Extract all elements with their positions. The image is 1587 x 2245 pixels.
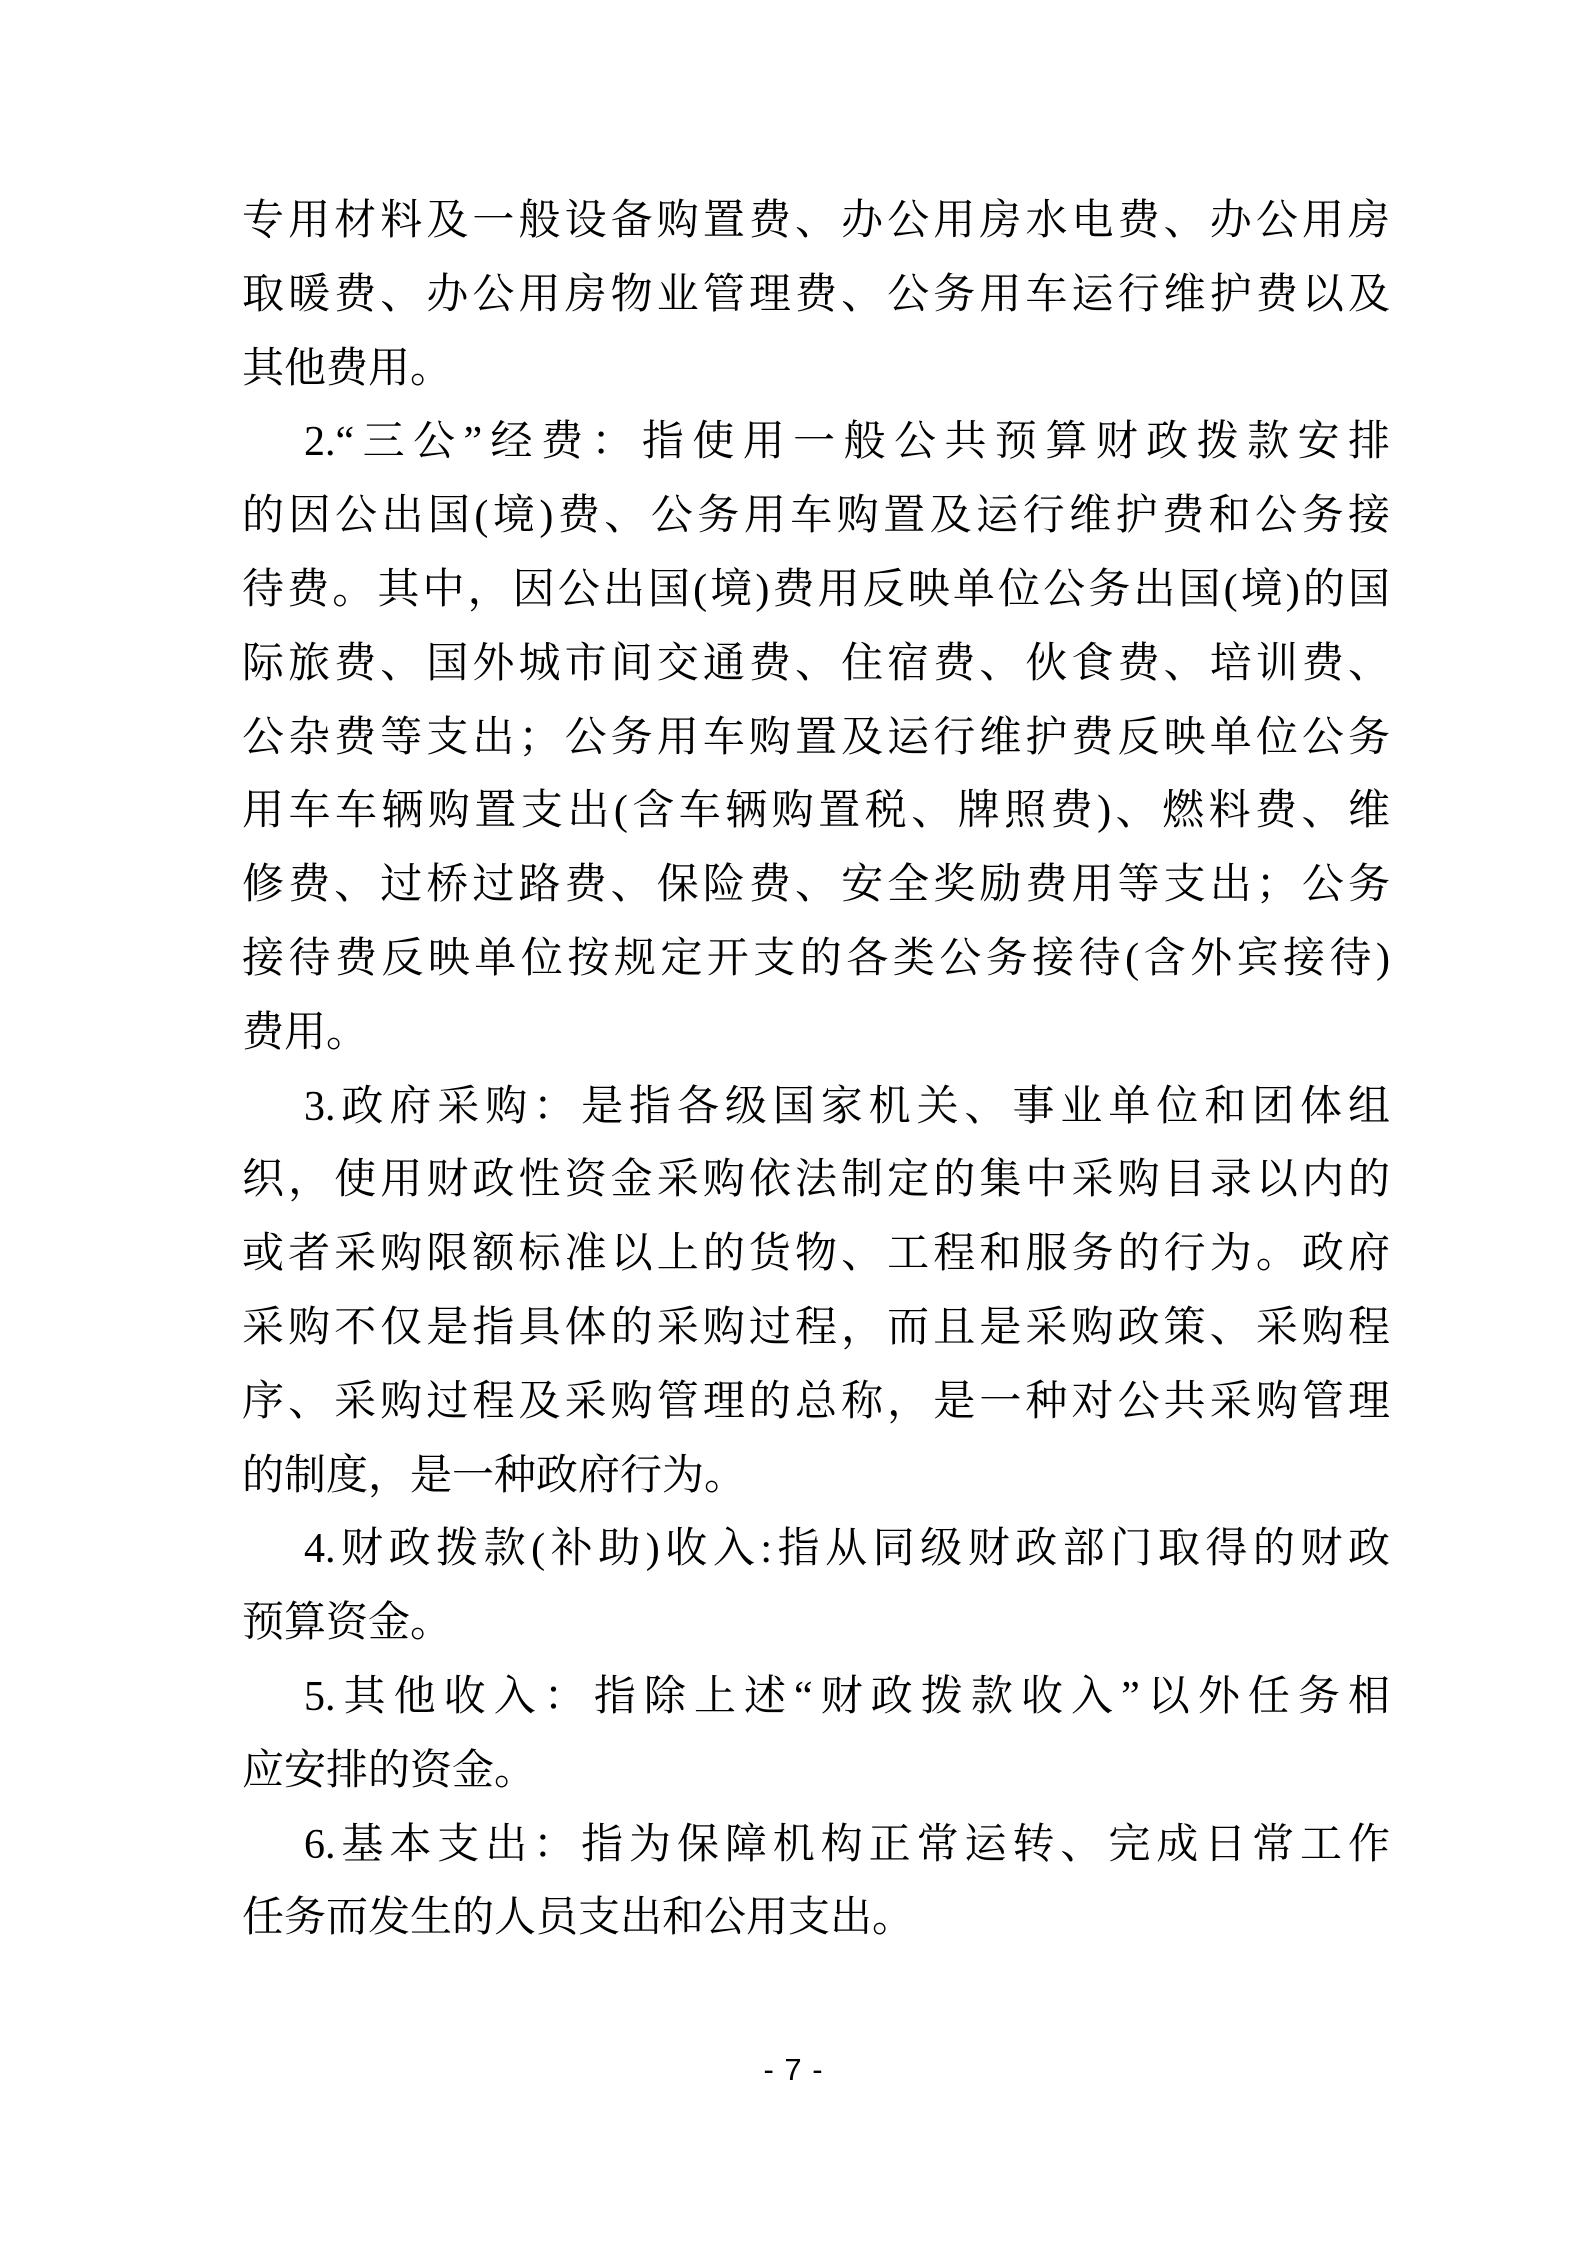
text-line: 6.基本支出：指为保障机构正常运转、完成日常工作 bbox=[242, 1809, 1390, 1883]
text-line: 或者采购限额标准以上的货物、工程和服务的行为。政府 bbox=[242, 1218, 1390, 1292]
text-line: 应安排的资金。 bbox=[242, 1735, 1390, 1809]
text-line: 待费。其中，因公出国(境)费用反映单位公务出国(境)的国 bbox=[242, 554, 1390, 628]
text-line: 费用。 bbox=[242, 997, 1390, 1071]
text-line: 3.政府采购：是指各级国家机关、事业单位和团体组 bbox=[242, 1071, 1390, 1145]
text-line: 接待费反映单位按规定开支的各类公务接待(含外宾接待) bbox=[242, 923, 1390, 997]
text-line: 其他费用。 bbox=[242, 333, 1390, 407]
text-line: 预算资金。 bbox=[242, 1587, 1390, 1661]
text-line: 4.财政拨款(补助)收入:指从同级财政部门取得的财政 bbox=[242, 1513, 1390, 1587]
text-line: 2.“三公”经费：指使用一般公共预算财政拨款安排 bbox=[242, 406, 1390, 480]
text-line: 际旅费、国外城市间交通费、住宿费、伙食费、培训费、 bbox=[242, 628, 1390, 702]
text-line: 的因公出国(境)费、公务用车购置及运行维护费和公务接 bbox=[242, 480, 1390, 554]
text-line: 的制度，是一种政府行为。 bbox=[242, 1440, 1390, 1514]
text-line: 任务而发生的人员支出和公用支出。 bbox=[242, 1882, 1390, 1956]
document-page: 专用材料及一般设备购置费、办公用房水电费、办公用房取暖费、办公用房物业管理费、公… bbox=[0, 0, 1587, 2245]
text-line: 修费、过桥过路费、保险费、安全奖励费用等支出；公务 bbox=[242, 849, 1390, 923]
page-number: - 7 - bbox=[0, 2052, 1587, 2088]
text-line: 用车车辆购置支出(含车辆购置税、牌照费)、燃料费、维 bbox=[242, 775, 1390, 849]
document-body: 专用材料及一般设备购置费、办公用房水电费、办公用房取暖费、办公用房物业管理费、公… bbox=[242, 185, 1390, 1956]
text-line: 专用材料及一般设备购置费、办公用房水电费、办公用房 bbox=[242, 185, 1390, 259]
text-line: 织，使用财政性资金采购依法制定的集中采购目录以内的 bbox=[242, 1144, 1390, 1218]
text-line: 取暖费、办公用房物业管理费、公务用车运行维护费以及 bbox=[242, 259, 1390, 333]
text-line: 5.其他收入：指除上述“财政拨款收入”以外任务相 bbox=[242, 1661, 1390, 1735]
text-line: 采购不仅是指具体的采购过程，而且是采购政策、采购程 bbox=[242, 1292, 1390, 1366]
text-line: 序、采购过程及采购管理的总称，是一种对公共采购管理 bbox=[242, 1366, 1390, 1440]
text-line: 公杂费等支出；公务用车购置及运行维护费反映单位公务 bbox=[242, 702, 1390, 776]
